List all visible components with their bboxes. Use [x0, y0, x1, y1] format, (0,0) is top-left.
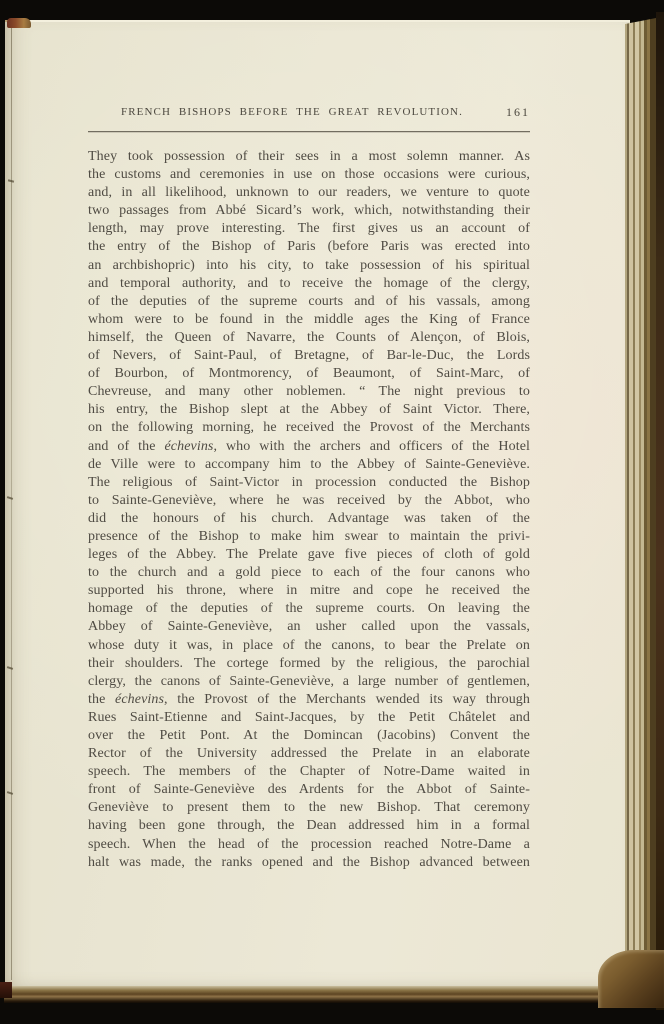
text-line: of Nevers, of Saint-Paul, of Bretagne, o… [88, 347, 530, 365]
book-page: FRENCH BISHOPS BEFORE THE GREAT REVOLUTI… [5, 20, 630, 990]
text-line: homage of the deputies of the supreme co… [88, 600, 530, 618]
text-line: speech. When the head of the procession … [88, 836, 530, 854]
text-line: whom were to be found in the middle ages… [88, 311, 530, 329]
text-segment-italic: échevins [164, 439, 213, 454]
page-edge-notch [7, 666, 13, 670]
text-line: leges of the Abbey. The Prelate gave fiv… [88, 546, 530, 564]
text-line: on the following morning, he received th… [88, 419, 530, 437]
text-line: and temporal authority, and to receive t… [88, 275, 530, 293]
text-line: whose duty it was, in place of the canon… [88, 637, 530, 655]
page-top-edge [5, 20, 630, 22]
book-cover-bottom-left [0, 982, 12, 998]
text-line: his entry, the Bishop slept at the Abbey… [88, 401, 530, 419]
page-body-text: They took possession of their sees in a … [88, 148, 530, 872]
text-line: their shoulders. The cortege formed by t… [88, 655, 530, 673]
text-line: They took possession of their sees in a … [88, 148, 530, 166]
text-segment: and of the [88, 439, 164, 454]
text-line: to the church and a gold piece to each o… [88, 564, 530, 582]
text-line: the entry of the Bishop of Paris (before… [88, 238, 530, 256]
page-edge-stack [625, 18, 656, 990]
text-line: of the deputies of the supreme courts an… [88, 293, 530, 311]
book-cover-corner [598, 950, 664, 1008]
text-line: front of Sainte-Geneviève des Ardents fo… [88, 781, 530, 799]
header-rule [88, 131, 530, 132]
book-cover-right-edge [656, 12, 664, 1010]
text-line: did the honours of his church. Advantage… [88, 510, 530, 528]
running-header: FRENCH BISHOPS BEFORE THE GREAT REVOLUTI… [88, 105, 530, 121]
text-line: Rues Saint-Etienne and Saint-Jacques, by… [88, 709, 530, 727]
text-line: of Bourbon, of Montmorency, of Beaumont,… [88, 365, 530, 383]
running-header-title: FRENCH BISHOPS BEFORE THE GREAT REVOLUTI… [88, 105, 530, 120]
text-line: over the Petit Pont. At the Domincan (Ja… [88, 727, 530, 745]
scanned-book-photo: FRENCH BISHOPS BEFORE THE GREAT REVOLUTI… [0, 0, 664, 1024]
page-edge-notch [8, 179, 14, 182]
text-line: the customs and ceremonies in use on tho… [88, 166, 530, 184]
text-line: presence of the Bishop to make him swear… [88, 528, 530, 546]
text-line: an archbishopric) into his city, to take… [88, 257, 530, 275]
headband [7, 18, 31, 28]
text-line: halt was made, the ranks opened and the … [88, 854, 530, 872]
page-number: 161 [506, 105, 530, 120]
text-segment: the [88, 692, 115, 707]
text-line: clergy, the canons of Sainte-Geneviève, … [88, 673, 530, 691]
text-line: Geneviève to present them to the new Bis… [88, 799, 530, 817]
text-segment-italic: échevins [115, 692, 164, 707]
text-line: and of the échevins, who with the archer… [88, 438, 530, 456]
text-line: de Ville were to accompany him to the Ab… [88, 456, 530, 474]
text-line: the échevins, the Provost of the Merchan… [88, 691, 530, 709]
text-segment: , who with the archers and officers of t… [213, 439, 530, 454]
text-line: Abbey of Sainte-Geneviève, an usher call… [88, 618, 530, 636]
text-line: Rector of the University addressed the P… [88, 745, 530, 763]
text-line: to Sainte-Geneviève, where he was receiv… [88, 492, 530, 510]
text-line: two passages from Abbé Sicard’s work, wh… [88, 202, 530, 220]
gutter-crease [11, 28, 12, 980]
text-segment: , the Provost of the Merchants wended it… [164, 692, 530, 707]
text-line: supported his throne, where in mitre and… [88, 582, 530, 600]
text-line: and, in all likelihood, unknown to our r… [88, 184, 530, 202]
text-line: length, may prove interesting. The first… [88, 220, 530, 238]
text-line: having been gone through, the Dean addre… [88, 817, 530, 835]
text-line: Chevreuse, and many other noblemen. “ Th… [88, 383, 530, 401]
page-edge-notch [7, 791, 13, 795]
page-edge-notch [7, 496, 13, 500]
text-line: speech. The members of the Chapter of No… [88, 763, 530, 781]
text-line: himself, the Queen of Navarre, the Count… [88, 329, 530, 347]
book-bottom-edge [4, 986, 660, 1003]
text-line: The religious of Saint-Victor in process… [88, 474, 530, 492]
